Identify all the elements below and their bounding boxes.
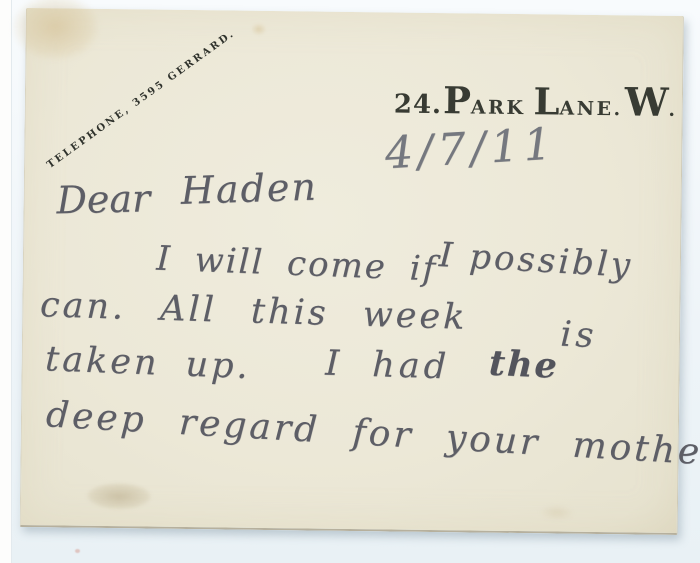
stain-smudge-bottom-left bbox=[87, 483, 151, 510]
stain-top-left bbox=[12, 0, 99, 61]
stain-spot-bottom bbox=[539, 504, 575, 520]
body-line2-part1: I will come if bbox=[156, 239, 438, 290]
body-line4-part2: I had bbox=[325, 344, 451, 388]
body-line2-part2: I possibly bbox=[438, 235, 634, 286]
body-line4-part1: taken up. bbox=[44, 339, 251, 387]
address-small-park: ARK bbox=[471, 96, 526, 119]
dust-speck bbox=[75, 549, 80, 553]
address-number: 24. bbox=[394, 90, 443, 121]
salutation-dear: Dear bbox=[56, 176, 151, 222]
address-initial-p: P bbox=[443, 78, 471, 122]
scanned-letter-background: TELEPHONE, 3595 GERRARD. 24.PARKLANE.W. … bbox=[0, 0, 700, 563]
scanner-edge-strip bbox=[0, 0, 12, 563]
handwritten-date: 4/7/11 bbox=[384, 118, 558, 179]
address-initial-w: W bbox=[624, 79, 668, 126]
body-line4-part3: the bbox=[488, 343, 560, 387]
body-line3-part2: is bbox=[559, 315, 598, 357]
letter-card: TELEPHONE, 3595 GERRARD. 24.PARKLANE.W. … bbox=[20, 8, 684, 535]
salutation-name: Haden bbox=[180, 165, 318, 213]
telephone-letterhead-text: TELEPHONE, 3595 GERRARD. bbox=[45, 45, 220, 180]
address-initial-l: L bbox=[533, 79, 560, 123]
address-small-lane: ANE. bbox=[559, 98, 622, 121]
address-final-period: . bbox=[668, 99, 677, 121]
body-line5: deep regard for your mother bbox=[45, 394, 700, 474]
body-line3-part1: can. All this week bbox=[39, 285, 468, 338]
stain-dot-top bbox=[251, 23, 267, 36]
